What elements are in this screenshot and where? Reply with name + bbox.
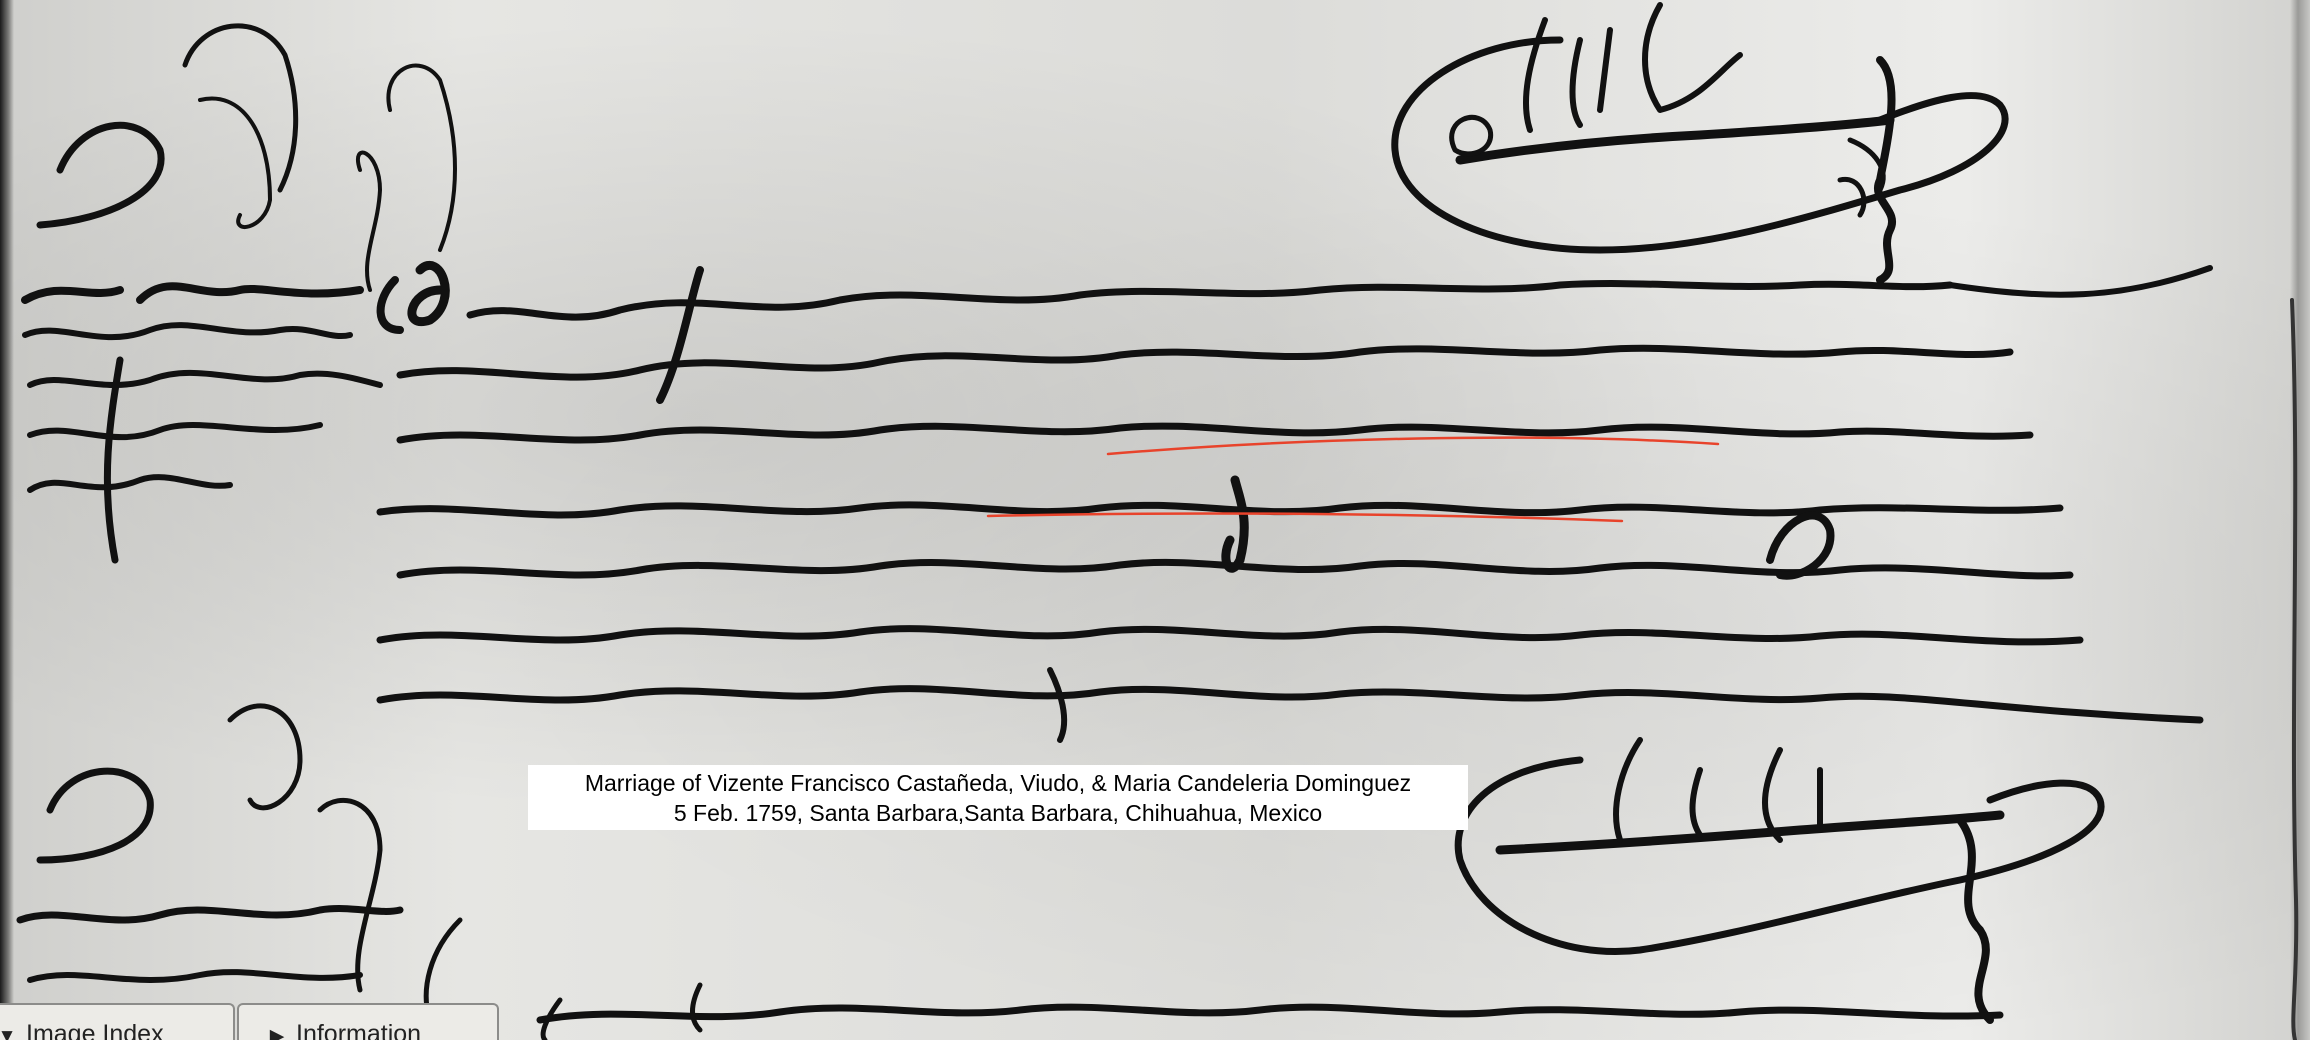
- triangle-down-icon: ▼: [0, 1026, 20, 1040]
- image-viewer[interactable]: Marriage of Vizente Francisco Castañeda,…: [0, 0, 2310, 1040]
- tab-image-index[interactable]: ▼Image Index: [0, 1003, 235, 1040]
- tab-information[interactable]: ▶Information: [237, 1003, 499, 1040]
- tab-information-label: Information: [296, 1020, 421, 1040]
- record-caption: Marriage of Vizente Francisco Castañeda,…: [528, 765, 1468, 830]
- manuscript-ink: [0, 0, 2310, 1040]
- caption-details: 5 Feb. 1759, Santa Barbara,Santa Barbara…: [528, 798, 1468, 828]
- triangle-right-icon: ▶: [264, 1025, 290, 1040]
- underline-groom-name: [1108, 438, 1718, 454]
- tab-image-index-label: Image Index: [26, 1020, 164, 1040]
- caption-title: Marriage of Vizente Francisco Castañeda,…: [528, 768, 1468, 798]
